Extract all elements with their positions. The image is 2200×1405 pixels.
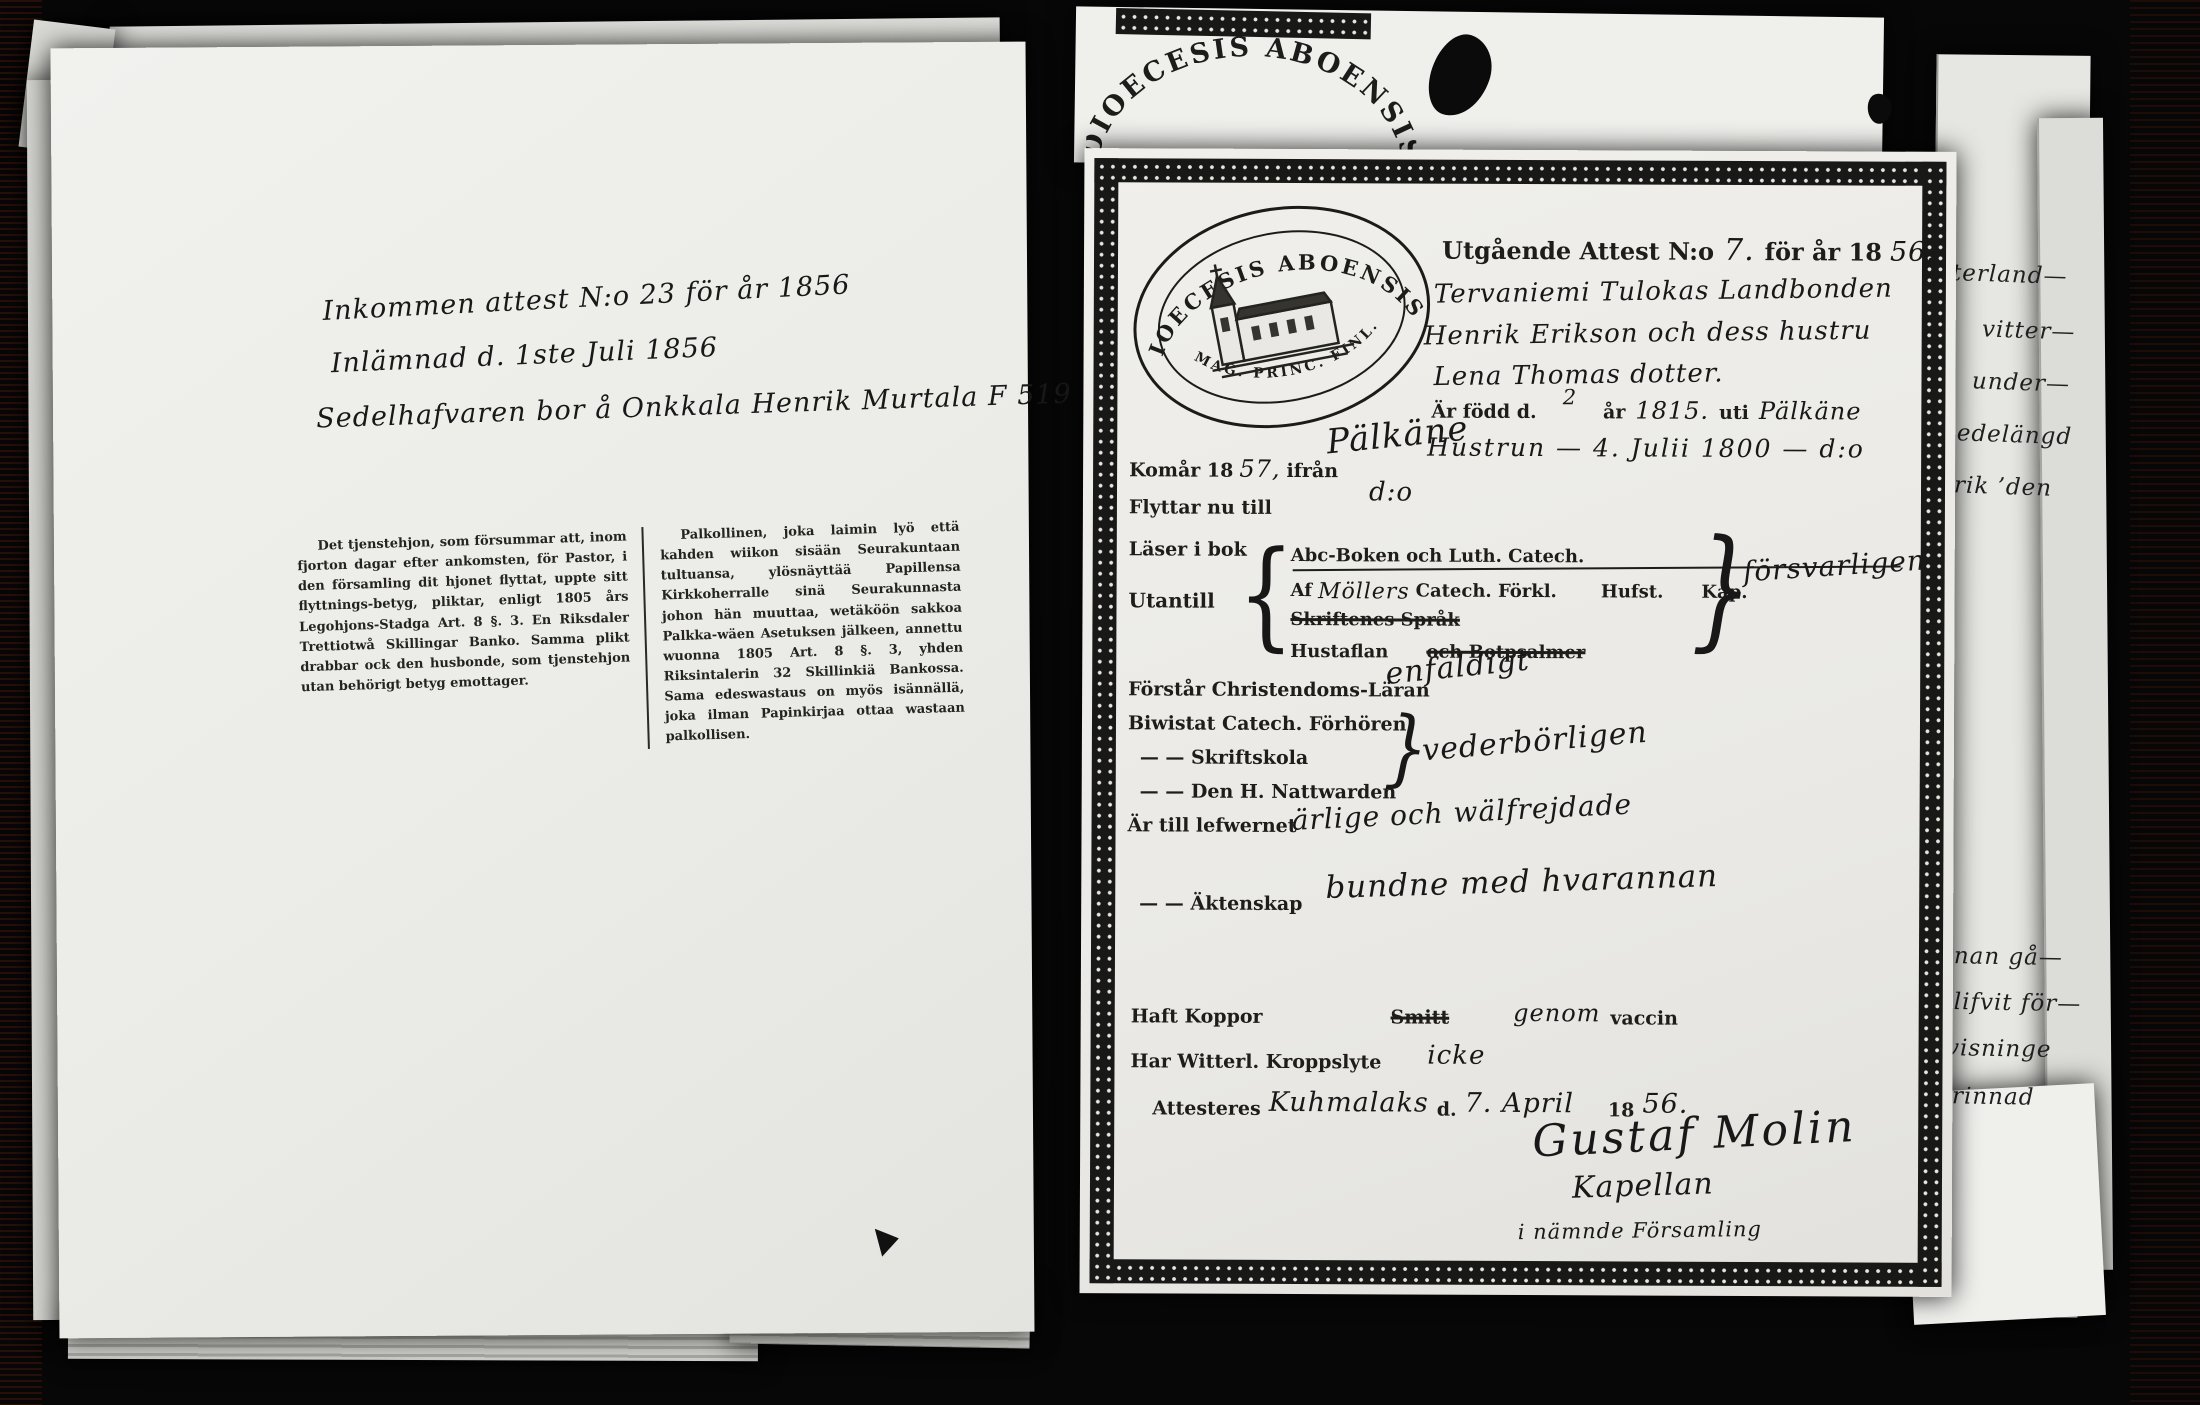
attest-form: DIOECESIS ABOENSIS. MAG. PRINC. FINL. Ut… xyxy=(1080,148,1957,1297)
understands-label: Förstår Christendoms-Läran xyxy=(1128,678,1430,701)
arrival-row: Komår 18 57, ifrån xyxy=(1129,454,1338,483)
smallpox-row: Haft Koppor Smitt genom vaccin xyxy=(1131,1000,1678,1030)
ornamental-border-right xyxy=(1918,162,1947,1287)
reads-label: Läser i bok xyxy=(1129,538,1247,561)
holder-note-line: Sedelhafvaren bor å Onkkala Henrik Murta… xyxy=(316,378,1073,434)
behind-seal-text: DIOECESIS ABOENSIS xyxy=(1086,29,1418,166)
marriage-label: — — Äktenskap xyxy=(1139,892,1302,915)
attested-d-label: d. xyxy=(1437,1099,1457,1121)
edge-fragment: rik ’den xyxy=(1954,472,2053,501)
signature-title: Kapellan xyxy=(1571,1166,1714,1205)
defect-row: Har Witterl. Kroppslyte icke xyxy=(1130,1044,1485,1076)
arrival-from-label: ifrån xyxy=(1286,460,1338,482)
born-place-label: uti xyxy=(1719,402,1749,424)
ornamental-border-left xyxy=(1090,158,1119,1283)
person-line-1: Tervaniemi Tulokas Landbonden xyxy=(1434,274,1893,310)
attest-number: 7. xyxy=(1724,233,1755,268)
archive-scan: Inkommen attest N:o 23 för år 1856 Inläm… xyxy=(0,0,2200,1405)
arrival-year-value: 57, xyxy=(1239,455,1280,483)
edge-fragment: under— xyxy=(1972,368,2071,397)
item-abc-book: Abc-Boken och Luth. Catech. xyxy=(1291,545,1748,579)
item2-af: Af xyxy=(1291,580,1312,601)
edge-fragment: vitter— xyxy=(1982,316,2076,345)
defect-label: Har Witterl. Kroppslyte xyxy=(1130,1050,1381,1073)
attendance-value: vederbörligen xyxy=(1421,715,1649,769)
title-label: Utgående Attest N:o xyxy=(1442,236,1714,266)
svg-text:DIOECESIS ABOENSIS: DIOECESIS ABOENSIS xyxy=(1086,29,1418,166)
by-heart-label: Utantill xyxy=(1128,588,1214,612)
attest-year-digits: 56. xyxy=(1890,237,1936,268)
vaccin-label: vaccin xyxy=(1610,1007,1678,1029)
marriage-value: bundne med hvarannan xyxy=(1325,858,1719,906)
born-row: Är född d. 2 år 1815. uti Pälkäne xyxy=(1431,396,1871,426)
item2-hufst: Hufst. xyxy=(1601,581,1664,602)
closing-brace: } xyxy=(1691,521,1754,656)
behind-page-seal-arc: DIOECESIS ABOENSIS xyxy=(1086,23,1418,168)
edge-fragment: rinnad xyxy=(1952,1083,2035,1110)
received-note-line: Inkommen attest N:o 23 för år 1856 xyxy=(322,269,851,327)
genom-handwritten: genom xyxy=(1513,999,1600,1027)
item4-hustaflan: Hustaflan xyxy=(1290,641,1388,662)
ornamental-border-bottom xyxy=(1090,1259,1942,1287)
legal-notice-finnish: Palkollinen, joka laimin lyö että kahden… xyxy=(643,518,965,749)
edge-fragment: sedelängd xyxy=(1944,420,2073,450)
item2-mollers-handwritten: Möllers xyxy=(1318,579,1410,604)
edge-fragment: blifvit för— xyxy=(1938,989,2082,1017)
conduct-label: Är till lefwernet xyxy=(1127,814,1296,837)
opening-brace: { xyxy=(1238,535,1295,653)
ornamental-border-top xyxy=(1094,158,1946,186)
attested-place: Kuhmalaks xyxy=(1269,1087,1429,1119)
person-line-2: Henrik Erikson och dess hustru xyxy=(1424,316,1872,352)
moves-to-label: Flyttar nu till xyxy=(1129,496,1272,519)
smallpox-label: Haft Koppor xyxy=(1131,1005,1263,1028)
wife-born-line: Hustrun — 4. Julii 1800 — d:o xyxy=(1427,433,1865,464)
signature-parish-note: i nämnde Församling xyxy=(1518,1217,1762,1244)
by-heart-grade: försvarligen xyxy=(1742,543,1927,588)
edge-fragment: nnan gå— xyxy=(1938,943,2063,971)
item-scripture-struck: Skriftenes Språk xyxy=(1290,609,1747,643)
smitt-struck: Smitt xyxy=(1391,1006,1450,1028)
legal-notice: Det tjenstehjon, som försummar att, inom… xyxy=(297,518,971,759)
arrival-ditto: d:o xyxy=(1369,477,1413,507)
confirmation-school-label: — — Skriftskola xyxy=(1140,746,1308,769)
item2-forkl: Catech. Förkl. xyxy=(1416,581,1557,603)
form-title: Utgående Attest N:o 7. för år 18 56. xyxy=(1442,232,1936,269)
defect-value: icke xyxy=(1427,1041,1485,1071)
submitted-note-line: Inlämnad d. 1ste Juli 1856 xyxy=(330,332,718,379)
edge-fragment: visninge xyxy=(1946,1035,2052,1063)
item-catechism: Af Möllers Catech. Förkl. Hufst. Kap. xyxy=(1290,577,1747,611)
arrival-label: Komår 18 xyxy=(1129,459,1233,481)
born-year-value: 1815. xyxy=(1635,397,1709,425)
ink-blob-small xyxy=(1866,92,1894,125)
born-year-label: år xyxy=(1603,401,1625,423)
attested-label: Attesteres xyxy=(1152,1097,1261,1119)
left-page: Inkommen attest N:o 23 för år 1856 Inläm… xyxy=(51,42,1035,1339)
ink-blot xyxy=(875,1229,899,1257)
born-place-value: Pälkäne xyxy=(1759,397,1862,425)
legal-notice-swedish: Det tjenstehjon, som försummar att, inom… xyxy=(297,527,650,759)
edge-fragment: terland— xyxy=(1952,260,2068,290)
attended-label: Biwistat Catech. Förhören xyxy=(1128,712,1407,735)
title-year-label: för år 18 xyxy=(1765,237,1882,267)
ink-blob-large xyxy=(1419,27,1501,125)
person-line-3: Lena Thomas dotter. xyxy=(1433,358,1723,392)
born-day-value: 2 xyxy=(1563,385,1577,409)
